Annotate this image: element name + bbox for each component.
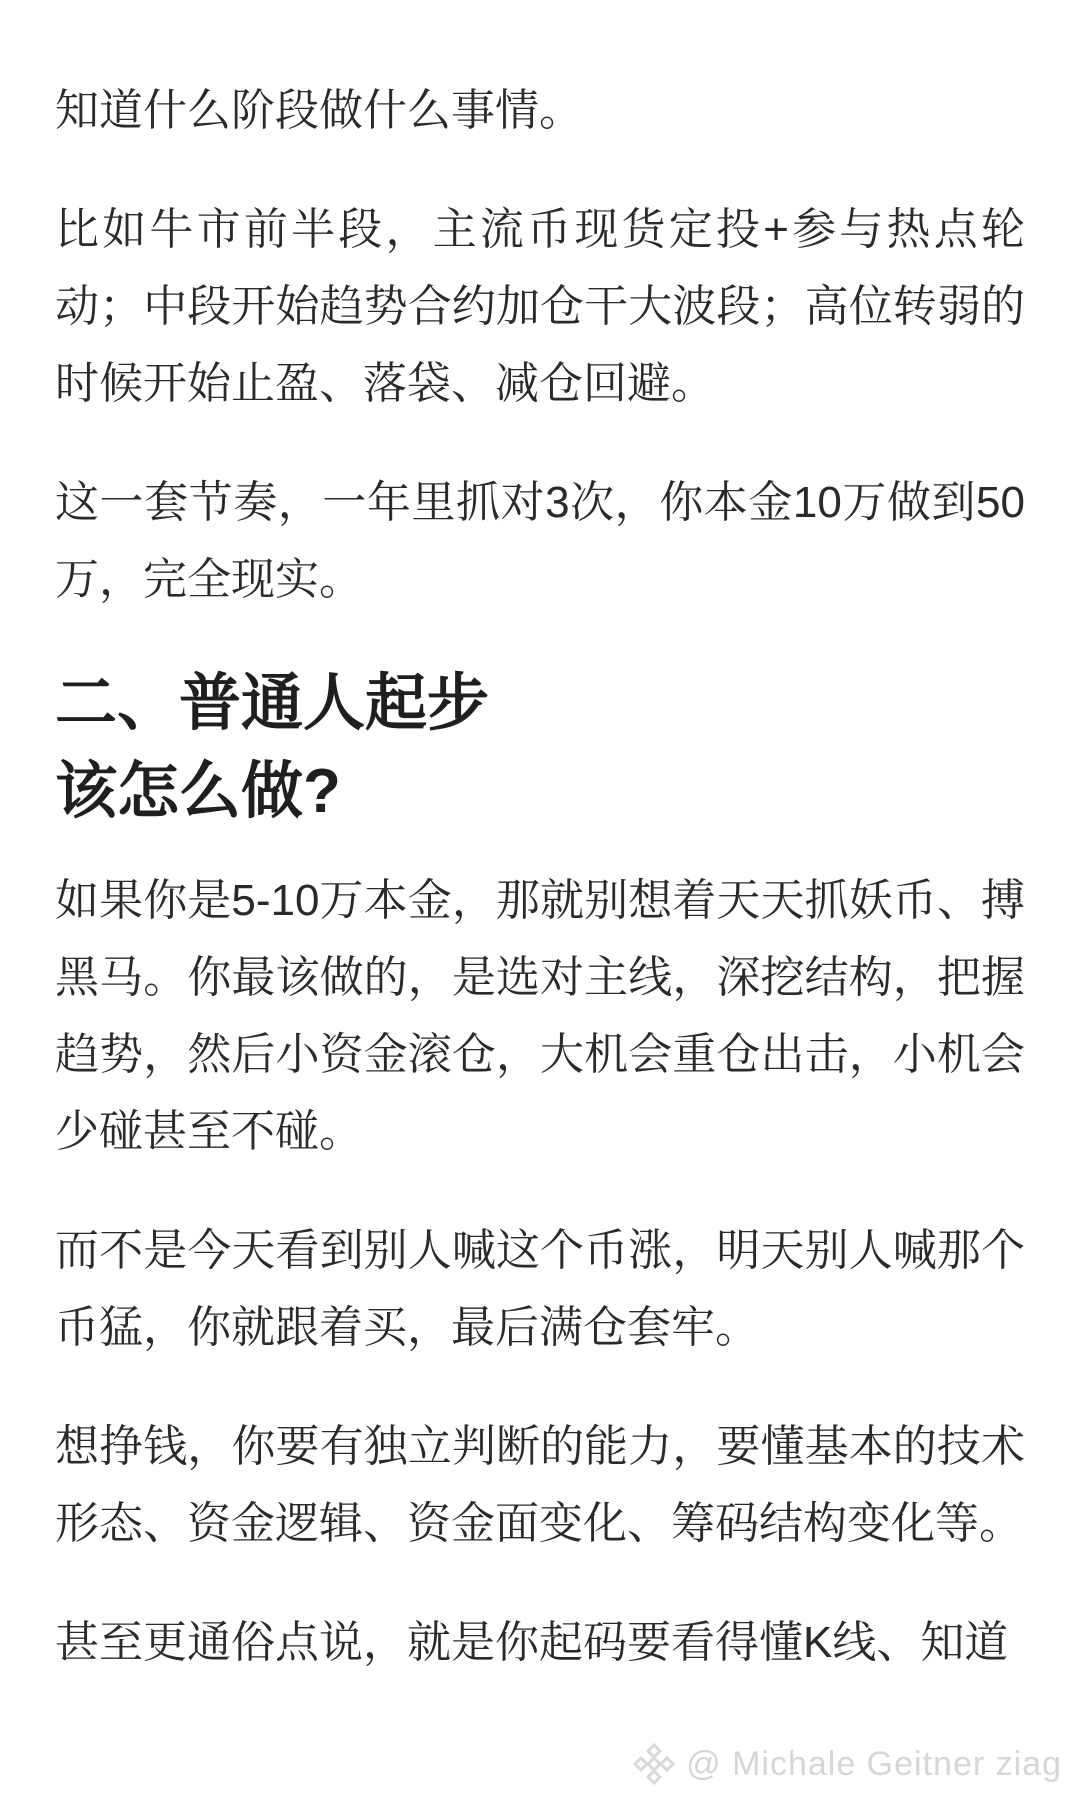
- section-heading: 二、普通人起步 该怎么做?: [55, 660, 1025, 836]
- paragraph-bull-market-phases: 比如牛市前半段，主流币现货定投+参与热点轮动；中段开始趋势合约加仓干大波段；高位…: [55, 191, 1025, 422]
- paragraph-rhythm-result: 这一套节奏，一年里抓对3次，你本金10万做到50万，完全现实。: [55, 464, 1025, 618]
- section-heading-line2: 该怎么做?: [55, 748, 1025, 836]
- paragraph-stage-intro: 知道什么阶段做什么事情。: [55, 72, 1025, 149]
- watermark: @ Michale Geitner ziag: [632, 1742, 1062, 1786]
- article-content: 知道什么阶段做什么事情。 比如牛市前半段，主流币现货定投+参与热点轮动；中段开始…: [0, 0, 1080, 1681]
- section-heading-line1: 二、普通人起步: [55, 660, 1025, 748]
- watermark-handle: @ Michale Geitner ziag: [686, 1745, 1062, 1784]
- diamond-logo-icon: [632, 1742, 676, 1786]
- paragraph-kline-basics: 甚至更通俗点说，就是你起码要看得懂K线、知道: [55, 1604, 1025, 1681]
- paragraph-avoid-chasing: 而不是今天看到别人喊这个币涨，明天别人喊那个币猛，你就跟着买，最后满仓套牢。: [55, 1212, 1025, 1366]
- paragraph-small-capital-advice: 如果你是5-10万本金，那就别想着天天抓妖币、搏黑马。你最该做的，是选对主线，深…: [55, 862, 1025, 1170]
- paragraph-independent-judgement: 想挣钱，你要有独立判断的能力，要懂基本的技术形态、资金逻辑、资金面变化、筹码结构…: [55, 1408, 1025, 1562]
